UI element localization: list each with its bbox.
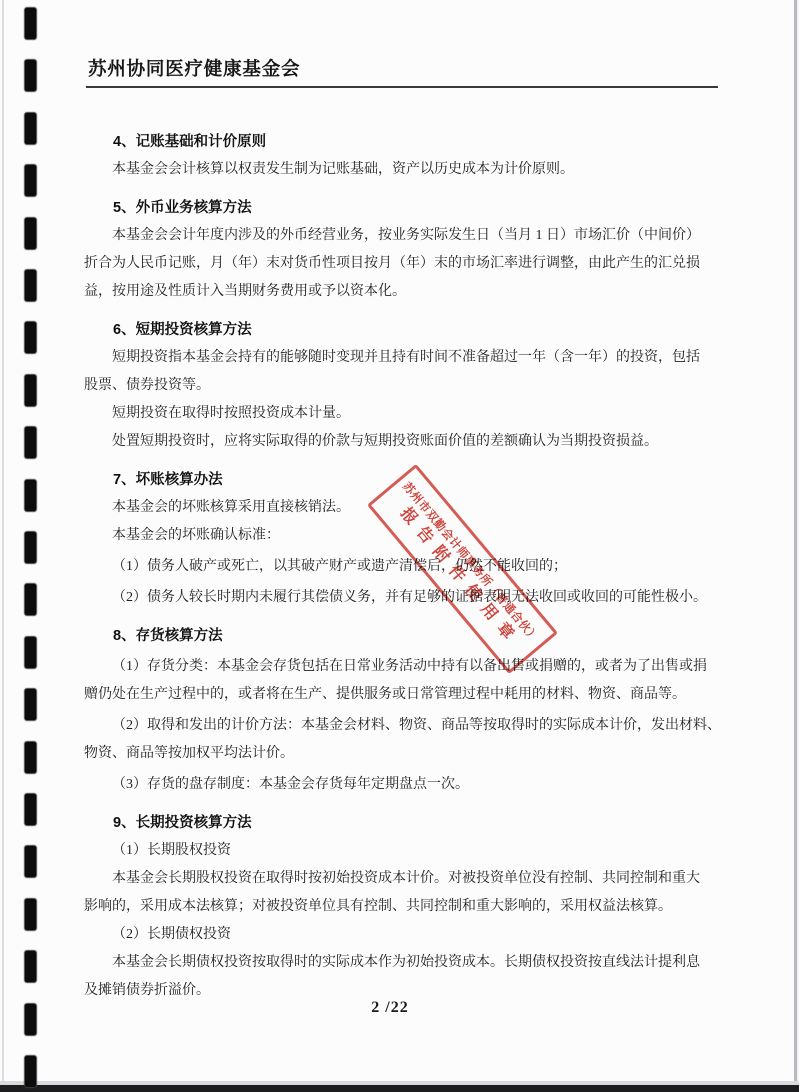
page-title: 苏州协同医疗健康基金会: [88, 55, 300, 81]
paragraph: 本基金会的坏账确认标准：: [84, 522, 736, 550]
section-heading: 9、长期投资核算方法: [84, 809, 736, 837]
page-number: 2 /22: [0, 999, 780, 1017]
section-heading: 8、存货核算方法: [84, 622, 736, 650]
document-page: 苏州协同医疗健康基金会 4、记账基础和计价原则本基金会会计核算以权责发生制为记账…: [0, 0, 799, 1092]
scan-bottom-edge: [0, 1085, 799, 1092]
paragraph: （1）长期股权投资: [84, 837, 736, 865]
section-heading: 7、坏账核算办法: [84, 466, 736, 494]
binding-hole: [25, 742, 36, 773]
binding-hole: [25, 532, 36, 563]
paragraph: 本基金会长期股权投资在取得时按初始投资成本计价。对被投资单位没有控制、共同控制和…: [84, 865, 736, 921]
paragraph: （3）存货的盘存制度：本基金会存货每年定期盘点一次。: [84, 771, 736, 799]
binding-hole: [25, 480, 36, 511]
binding-hole: [25, 218, 36, 249]
section-heading: 6、短期投资核算方法: [84, 316, 736, 344]
paragraph: 本基金会长期债权投资按取得时的实际成本作为初始投资成本。长期债权投资按直线法计提…: [84, 949, 736, 1005]
scan-right-edge: [794, 0, 797, 1092]
paragraph: 短期投资在取得时按照投资成本计量。: [84, 400, 736, 428]
section-heading: 4、记账基础和计价原则: [84, 128, 736, 156]
binding-hole: [25, 899, 36, 930]
section-heading: 5、外币业务核算方法: [84, 194, 736, 222]
binding-hole: [25, 60, 36, 91]
paragraph: （2）长期债权投资: [84, 921, 736, 949]
binding-hole: [25, 8, 36, 39]
binding-hole: [25, 322, 36, 353]
paragraph: 本基金会会计年度内涉及的外币经营业务，按业务实际发生日（当月 1 日）市场汇价（…: [84, 222, 736, 306]
binding-hole: [25, 270, 36, 301]
binding-hole: [25, 689, 36, 720]
paragraph: （2）债务人较长时期内未履行其偿债义务，并有足够的证据表明无法收回或收回的可能性…: [84, 584, 736, 612]
binding-hole: [25, 584, 36, 615]
paragraph: 本基金会的坏账核算采用直接核销法。: [84, 494, 736, 522]
binding-hole: [25, 1056, 36, 1087]
binding-hole: [25, 846, 36, 877]
binding-hole: [25, 951, 36, 982]
paragraph: 本基金会会计核算以权责发生制为记账基础，资产以历史成本为计价原则。: [84, 156, 736, 184]
paragraph: 短期投资指本基金会持有的能够随时变现并且持有时间不准备超过一年（含一年）的投资，…: [84, 344, 736, 400]
binding-hole: [25, 113, 36, 144]
binding-hole: [25, 427, 36, 458]
scan-left-edge: [2, 0, 4, 1092]
paragraph: 处置短期投资时，应将实际取得的价款与短期投资账面价值的差额确认为当期投资损益。: [84, 428, 736, 456]
paragraph: （1）存货分类：本基金会存货包括在日常业务活动中持有以备出售或捐赠的，或者为了出…: [84, 653, 736, 709]
document-body: 4、记账基础和计价原则本基金会会计核算以权责发生制为记账基础，资产以历史成本为计…: [84, 118, 736, 1005]
binding-hole: [25, 165, 36, 196]
binding-hole: [25, 637, 36, 668]
binding-hole: [25, 375, 36, 406]
header-rule: [86, 86, 718, 88]
paragraph: （2）取得和发出的计价方法：本基金会材料、物资、商品等按取得时的实际成本计价，发…: [84, 712, 736, 768]
binding-hole: [25, 794, 36, 825]
paragraph: （1）债务人破产或死亡，以其破产财产或遗产清偿后，仍然不能收回的；: [84, 553, 736, 581]
